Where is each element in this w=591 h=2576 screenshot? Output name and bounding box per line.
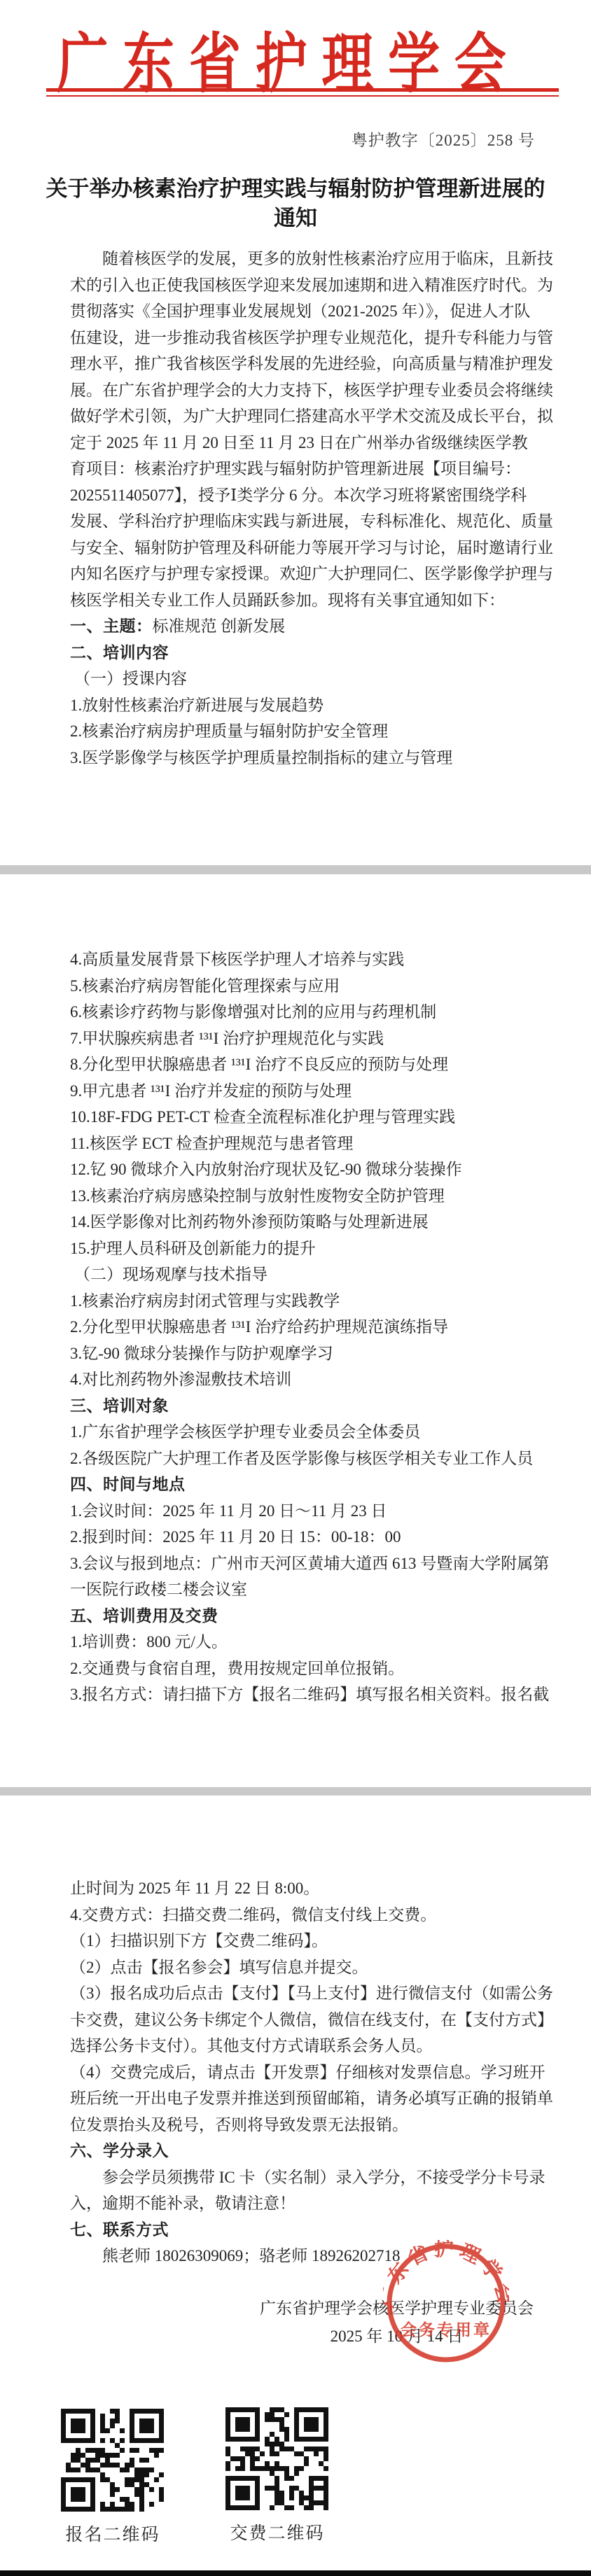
registration-qr-code	[61, 2409, 164, 2512]
text-line: 9.甲亢患者 ¹³¹I 治疗并发症的预防与处理	[70, 1078, 535, 1105]
text-line: 1.广东省护理学会核医学护理专业委员会全体委员	[70, 1419, 535, 1445]
text-line: 1.放射性核素治疗新进展与发展趋势	[70, 692, 535, 719]
text-line: 四、时间与地点	[70, 1471, 535, 1498]
text-line: 2.分化型甲状腺癌患者 ¹³¹I 治疗给药护理规范演练指导	[70, 1314, 535, 1340]
payment-qr-code	[225, 2407, 328, 2510]
text-line: 六、学分录入	[70, 2138, 535, 2164]
text-line: 七、联系方式	[70, 2217, 535, 2243]
text-line: 贯彻落实《全国护理事业发展规划（2021-2025 年）》，促进人才队	[70, 298, 535, 325]
text-line: 选择公务卡支付）。其他支付方式请联系会务人员。	[70, 2033, 535, 2059]
text-line: （2）点击【报名参会】填写信息并提交。	[70, 1954, 535, 1981]
masthead-rule-thick	[46, 88, 559, 92]
text-line: 做好学术引领，为广大护理同仁搭建高水平学术交流及成长平台，拟	[70, 403, 535, 430]
text-line: 3.钇-90 微球分装操作与防护观摩学习	[70, 1340, 535, 1367]
text-line: （二）现场观摩与技术指导	[70, 1261, 535, 1288]
text-line: 内知名医疗与护理专家授课。欢迎广大护理同仁、医学影像学护理与	[70, 561, 535, 587]
payment-qr-label: 交费二维码	[218, 2519, 337, 2544]
text-line: 3.医学影像学与核医学护理质量控制指标的建立与管理	[70, 745, 535, 771]
text-line: 3.会议与报到地点：广州市天河区黄埔大道西 613 号暨南大学附属第	[70, 1550, 535, 1577]
text-line: 12.钇 90 微球介入内放射治疗现状及钇-90 微球分装操作	[70, 1156, 535, 1183]
signature-block: 广东省护理学会核医学护理专业委员会 2025 年 10 月 14 日	[260, 2295, 534, 2351]
text-line: 三、培训对象	[70, 1393, 535, 1420]
text-line: 3.报名方式：请扫描下方【报名二维码】填写报名相关资料。报名截	[70, 1681, 535, 1708]
text-line: 6.核素诊疗药物与影像增强对比剂的应用与药理机制	[70, 999, 535, 1025]
text-line: （3）报名成功后点击【支付】【马上支付】进行微信支付（如需公务	[70, 1980, 535, 2007]
text-line: 4.对比剂药物外渗湿敷技术培训	[70, 1366, 535, 1393]
notice-title: 关于举办核素治疗护理实践与辐射防护管理新进展的 通知	[0, 174, 591, 233]
text-line: 14.医学影像对比剂药物外渗预防策略与处理新进展	[70, 1209, 535, 1235]
text-line: 一医院行政楼二楼会议室	[70, 1576, 535, 1603]
text-line: 班后统一开出电子发票并推送到预留邮箱，请务必填写正确的报销单	[70, 2085, 535, 2112]
text-line: 理水平，推广我省核医学科发展的先进经验，向高质量与精准护理发	[70, 351, 535, 377]
text-line: 1.培训费：800 元/人。	[70, 1629, 535, 1655]
text-line: 术的引入也正使我国核医学迎来发展加速期和进入精准医疗时代。为	[70, 272, 535, 299]
text-line: 定于 2025 年 11 月 20 日至 11 月 23 日在广州举办省级继续医…	[70, 430, 535, 456]
text-line: 11.核医学 ECT 检查护理规范与患者管理	[70, 1130, 535, 1157]
text-line: （1）扫描识别下方【交费二维码】。	[70, 1928, 535, 1954]
notice-title-line1: 关于举办核素治疗护理实践与辐射防护管理新进展的	[0, 174, 591, 204]
text-line: 2.各级医院广大护理工作者及医学影像与核医学相关专业工作人员	[70, 1445, 535, 1472]
page3-text-block: 止时间为 2025 年 11 月 22 日 8:00。4.交费方式：扫描交费二维…	[70, 1875, 535, 2269]
text-line: 13.核素治疗病房感染控制与放射性废物安全防护管理	[70, 1183, 535, 1210]
text-line: 熊老师 18026309069；骆老师 18926202718	[70, 2243, 535, 2269]
text-line: 育项目：核素治疗护理实践与辐射防护管理新进展【项目编号：	[70, 456, 535, 482]
text-line-bold-prefix: 一、主题：	[70, 617, 153, 635]
text-line: 止时间为 2025 年 11 月 22 日 8:00。	[70, 1875, 535, 1902]
page1-text-block: 随着核医学的发展，更多的放射性核素治疗应用于临床，且新技术的引入也正使我国核医学…	[70, 246, 535, 771]
page2-text-block: 4.高质量发展背景下核医学护理人才培养与实践5.核素治疗病房智能化管理探索与应用…	[70, 946, 535, 1708]
text-line: 7.甲状腺疾病患者 ¹³¹I 治疗护理规范化与实践	[70, 1025, 535, 1052]
text-line: 5.核素治疗病房智能化管理探索与应用	[70, 973, 535, 1000]
text-line: 与安全、辐射防护管理及科研能力等展开学习与讨论，届时邀请行业	[70, 535, 535, 561]
text-line: 2.核素治疗病房护理质量与辐射防护安全管理	[70, 718, 535, 745]
text-line: （4）交费完成后，请点击【开发票】仔细核对发票信息。学习班开	[70, 2059, 535, 2086]
signature-date: 2025 年 10 月 14 日	[260, 2323, 534, 2351]
registration-qr-label: 报名二维码	[53, 2521, 172, 2546]
text-line: 二、培训内容	[70, 640, 535, 666]
masthead-rule-thin	[46, 95, 559, 97]
text-line: 一、主题：标准规范 创新发展	[70, 613, 535, 640]
text-line: 8.分化型甲状腺癌患者 ¹³¹I 治疗不良反应的预防与处理	[70, 1051, 535, 1078]
text-line: 五、培训费用及交费	[70, 1603, 535, 1630]
page-break-band	[0, 1787, 591, 1795]
screenshot-bottom-edge	[0, 2570, 591, 2576]
text-line: （一）授课内容	[70, 666, 535, 692]
text-line: 15.护理人员科研及创新能力的提升	[70, 1235, 535, 1262]
text-line: 位发票抬头及税号，否则将导致发票无法报销。	[70, 2112, 535, 2138]
signature-committee: 广东省护理学会核医学护理专业委员会	[260, 2295, 534, 2323]
text-line: 4.高质量发展背景下核医学护理人才培养与实践	[70, 946, 535, 973]
scanned-notice-document: 广东省护理学会 粤护教字〔2025〕258 号 关于举办核素治疗护理实践与辐射防…	[0, 0, 591, 2576]
text-line: 核医学相关专业工作人员踊跃参加。现将有关事宜通知如下：	[70, 587, 535, 614]
text-line: 10.18F-FDG PET-CT 检查全流程标准化护理与管理实践	[70, 1104, 535, 1130]
text-line: 卡交费，建议公务卡绑定个人微信，微信在线支付，在【支付方式】	[70, 2007, 535, 2033]
text-line: 参会学员须携带 IC 卡（实名制）录入学分，不接受学分卡号录	[70, 2164, 535, 2191]
notice-title-line2: 通知	[0, 204, 591, 233]
page-break-band	[0, 865, 591, 874]
text-line: 2.交通费与食宿自理，费用按规定回单位报销。	[70, 1655, 535, 1682]
document-number: 粤护教字〔2025〕258 号	[352, 127, 535, 150]
text-line: 入，逾期不能补录，敬请注意！	[70, 2190, 535, 2217]
text-line: 随着核医学的发展，更多的放射性核素治疗应用于临床，且新技	[70, 246, 535, 272]
text-line: 2.报到时间：2025 年 11 月 20 日 15：00-18：00	[70, 1524, 535, 1550]
text-line: 发展、学科治疗护理临床实践与新进展，专科标准化、规范化、质量	[70, 508, 535, 535]
text-line: 展。在广东省护理学会的大力支持下，核医学护理专业委员会将继续	[70, 377, 535, 404]
text-line: 伍建设，进一步推动我省核医学护理专业规范化，提升专科能力与管	[70, 325, 535, 351]
text-line: 1.核素治疗病房封闭式管理与实践教学	[70, 1288, 535, 1315]
text-line: 2025511405077】，授予Ⅰ类学分 6 分。本次学习班将紧密围绕学科	[70, 482, 535, 509]
text-line: 4.交费方式：扫描交费二维码，微信支付线上交费。	[70, 1902, 535, 1928]
text-line: 1.会议时间：2025 年 11 月 20 日～11 月 23 日	[70, 1498, 535, 1525]
